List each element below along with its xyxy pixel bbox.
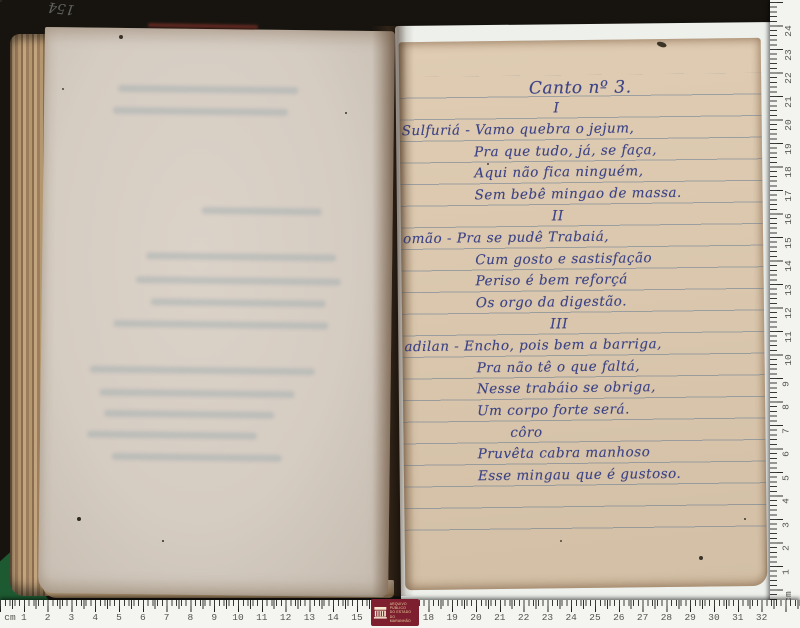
ruler-number: 7	[164, 612, 170, 623]
ruler-number: 25	[589, 612, 600, 623]
bleed-through-line	[99, 389, 294, 398]
ruler-number: 11	[256, 612, 267, 623]
vertical-ruler: cm12345678910111213141516171819202122232…	[770, 0, 800, 628]
ruler-number: 26	[613, 612, 624, 623]
ruler-number: 8	[188, 612, 194, 623]
handwriting-line: Sem bebê mingao de massa.	[474, 185, 681, 204]
bleed-through-line	[113, 107, 288, 116]
handwriting-line: Esse mingau que é gustoso.	[478, 466, 681, 484]
ruler-number: 14	[327, 612, 338, 623]
ruler-number: 20	[783, 119, 794, 130]
left-page	[38, 27, 395, 597]
dust-specks	[0, 0, 2, 2]
handwriting-line: Pruvêta cabra manhoso	[478, 444, 651, 462]
handwriting-line: I	[399, 98, 738, 118]
ruler-number: 14	[783, 260, 794, 271]
handwriting-line: Um corpo forte será.	[477, 401, 630, 419]
ruler-number: 5	[780, 475, 791, 481]
ruler-number: 10	[232, 612, 243, 623]
ruler-number: 21	[494, 612, 505, 623]
ruler-number: 9	[211, 612, 217, 623]
handwriting-line: Aqui não fica ninguém,	[474, 164, 643, 182]
ruler-number: 3	[780, 522, 791, 528]
ruler-number: cm	[4, 612, 15, 623]
ruler-number: 12	[280, 612, 291, 623]
ruler-number: 15	[351, 612, 362, 623]
bleed-through-line	[202, 207, 322, 215]
handwriting-line: Sulfuriá - Vamo quebra o jejum,	[402, 121, 635, 140]
ruler-number: 21	[783, 96, 794, 107]
bleed-through-line	[118, 85, 298, 94]
bleed-through-line	[112, 453, 282, 462]
ruler-number: 3	[69, 612, 75, 623]
ruler-number: 31	[732, 612, 743, 623]
ruler-number: 23	[783, 49, 794, 60]
bleed-through-line	[87, 431, 257, 440]
ruler-number: 15	[783, 237, 794, 248]
handwriting-line: Nesse trabáio se obriga,	[477, 380, 656, 398]
bleed-through-line	[90, 366, 315, 376]
ruler-number: 22	[518, 612, 529, 623]
ruler-number: 4	[780, 498, 791, 504]
page-number: 154	[47, 0, 75, 18]
handwriting-line: adilan - Encho, pois bem a barriga,	[404, 336, 662, 355]
handwritten-song: Canto nº 3.ISulfuriá - Vamo quebra o jej…	[399, 38, 768, 590]
bleed-through-line	[136, 276, 341, 286]
ruler-number: 7	[780, 428, 791, 434]
bleed-through-line	[146, 252, 336, 261]
ruler-number: 13	[304, 612, 315, 623]
ruler-number: 30	[708, 612, 719, 623]
ruler-number: 8	[780, 404, 791, 410]
ruler-number: 23	[542, 612, 553, 623]
handwriting-line: Cum gosto e sastisfação	[475, 250, 652, 268]
ruler-number: 11	[783, 331, 794, 342]
bleed-through-line	[151, 298, 326, 307]
ruler-number: 24	[783, 25, 794, 36]
handwriting-line: Canto nº 3.	[399, 76, 761, 100]
ruler-number: 29	[684, 612, 695, 623]
archive-building-icon	[373, 605, 388, 620]
ruler-number: 12	[783, 307, 794, 318]
handwriting-line: omão - Pra se pudê Trabaiá,	[403, 229, 609, 248]
ruler-number: 18	[423, 612, 434, 623]
handwriting-line: Pra que tudo, já, se faça,	[474, 142, 657, 160]
handwriting-line: Periso é bem reforçá	[475, 272, 627, 290]
handwriting-line: côro	[399, 422, 708, 442]
ruler-number: 5	[116, 612, 122, 623]
ruler-number: 1	[21, 612, 27, 623]
ruler-number: 19	[446, 612, 457, 623]
ruler-number: 32	[756, 612, 767, 623]
handwriting-line: Os orgo da digestão.	[476, 293, 627, 311]
ruler-number: 22	[783, 72, 794, 83]
handwriting-line: Pra não tê o que faltá,	[477, 358, 641, 376]
ruler-number: 24	[565, 612, 576, 623]
bleed-through-line	[104, 410, 274, 419]
ruler-number: 2	[45, 612, 51, 623]
ruler-number: 6	[140, 612, 146, 623]
stamp-line: DO MARANHÃO	[390, 615, 417, 623]
ruler-number: 1	[780, 569, 791, 575]
ruler-number: 2	[780, 545, 791, 551]
ruler-number: 27	[637, 612, 648, 623]
ruler-number: 20	[470, 612, 481, 623]
bleed-through-line	[113, 320, 328, 330]
ruler-number: 6	[780, 451, 791, 457]
handwriting-line: II	[399, 206, 739, 226]
ruler-number: 10	[783, 354, 794, 365]
ruler-number: 28	[661, 612, 672, 623]
ruler-number: 9	[780, 381, 791, 387]
ruler-number: 16	[783, 213, 794, 224]
scanned-notebook-photo: 154 Canto nº 3.ISulfuriá - Vamo quebra o…	[0, 0, 800, 628]
handwriting-line: III	[399, 314, 741, 334]
ruler-number: 18	[783, 166, 794, 177]
ruler-number: 4	[92, 612, 98, 623]
archive-stamp-text: ARQUIVO PÚBLICO DO ESTADO DO MARANHÃO	[390, 602, 417, 622]
ruler-number: 17	[783, 190, 794, 201]
archive-stamp: ARQUIVO PÚBLICO DO ESTADO DO MARANHÃO	[371, 599, 419, 626]
right-page: Canto nº 3.ISulfuriá - Vamo quebra o jej…	[399, 38, 768, 590]
ruler-number: 19	[783, 143, 794, 154]
ruler-number: 13	[783, 284, 794, 295]
